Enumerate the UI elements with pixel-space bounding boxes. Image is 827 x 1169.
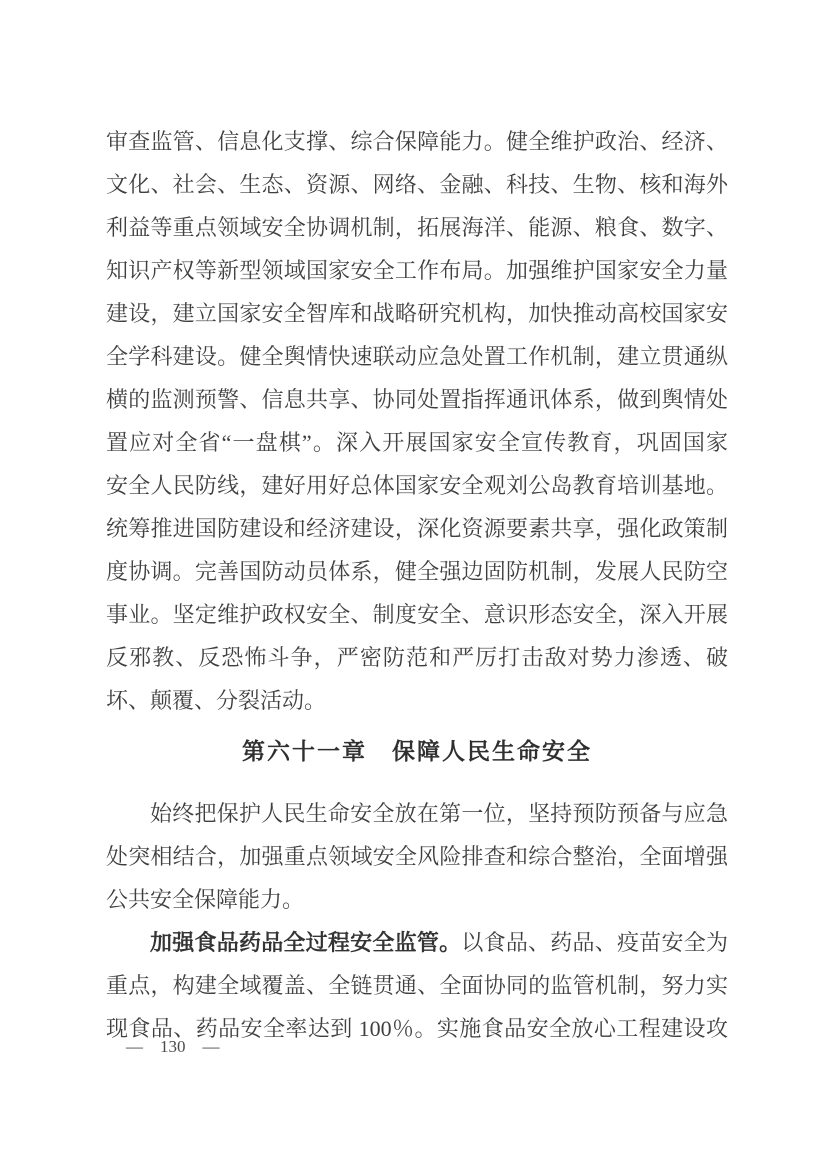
body-text-segment: 横的监测预警、信息共享、协同处置指挥通讯体系，做到舆情处 <box>106 387 728 412</box>
chapter-heading: 第六十一章 保障人民生命安全 <box>106 730 728 773</box>
body-text-segment: 处突相结合，加强重点领域安全风险排查和综合整治，全面增强 <box>106 844 728 869</box>
page-number: 130 <box>160 1037 186 1057</box>
body-text-segment: 公共安全保障能力。 <box>106 887 304 912</box>
body-text-segment: 反邪教、反恐怖斗争，严密防范和严厉打击敌对势力渗透、破 <box>106 645 728 670</box>
document-page: 审查监管、信息化支撑、综合保障能力。健全维护政治、经济、文化、社会、生态、资源、… <box>0 0 827 1169</box>
body-text-segment: 知识产权等新型领域国家安全工作布局。加强维护国家安全力量 <box>106 258 728 283</box>
body-line: 处突相结合，加强重点领域安全风险排查和综合整治，全面增强 <box>106 835 728 878</box>
body-line: 横的监测预警、信息共享、协同处置指挥通讯体系，做到舆情处 <box>106 378 728 421</box>
body-line: 加强食品药品全过程安全监管。以食品、药品、疫苗安全为 <box>106 921 728 964</box>
footer-dash-left: — <box>126 1037 143 1057</box>
body-line: 安全人民防线，建好用好总体国家安全观刘公岛教育培训基地。 <box>106 464 728 507</box>
body-text-segment: 文化、社会、生态、资源、网络、金融、科技、生物、核和海外 <box>106 172 728 197</box>
body-line: 坏、颠覆、分裂活动。 <box>106 679 728 722</box>
body-text-segment: 置应对全省“一盘棋”。深入开展国家安全宣传教育，巩固国家 <box>106 430 728 455</box>
body-line: 始终把保护人民生命安全放在第一位，坚持预防预备与应急 <box>106 792 728 835</box>
body-text-segment: 度协调。完善国防动员体系，健全强边固防机制，发展人民防空 <box>106 559 728 584</box>
body-line: 重点，构建全域覆盖、全链贯通、全面协同的监管机制，努力实 <box>106 964 728 1007</box>
body-text-segment: 利益等重点领域安全协调机制，拓展海洋、能源、粮食、数字、 <box>106 215 728 240</box>
body-text-segment: 安全人民防线，建好用好总体国家安全观刘公岛教育培训基地。 <box>106 473 728 498</box>
body-text-segment: 坏、颠覆、分裂活动。 <box>106 688 326 713</box>
body-text-segment: 全学科建设。健全舆情快速联动应急处置工作机制，建立贯通纵 <box>106 344 728 369</box>
body-line: 全学科建设。健全舆情快速联动应急处置工作机制，建立贯通纵 <box>106 335 728 378</box>
body-text: 审查监管、信息化支撑、综合保障能力。健全维护政治、经济、文化、社会、生态、资源、… <box>106 120 728 1050</box>
bold-lead-sentence: 加强食品药品全过程安全监管。 <box>150 930 461 955</box>
body-text-segment: 统筹推进国防建设和经济建设，深化资源要素共享，强化政策制 <box>106 516 728 541</box>
body-text-segment: 审查监管、信息化支撑、综合保障能力。健全维护政治、经济、 <box>106 129 728 154</box>
body-text-segment: 建设，建立国家安全智库和战略研究机构，加快推动高校国家安 <box>106 301 728 326</box>
body-line: 文化、社会、生态、资源、网络、金融、科技、生物、核和海外 <box>106 163 728 206</box>
body-text-segment: 始终把保护人民生命安全放在第一位，坚持预防预备与应急 <box>150 801 728 826</box>
body-text-segment: 重点，构建全域覆盖、全链贯通、全面协同的监管机制，努力实 <box>106 973 728 998</box>
body-line: 统筹推进国防建设和经济建设，深化资源要素共享，强化政策制 <box>106 507 728 550</box>
body-line: 建设，建立国家安全智库和战略研究机构，加快推动高校国家安 <box>106 292 728 335</box>
body-line: 审查监管、信息化支撑、综合保障能力。健全维护政治、经济、 <box>106 120 728 163</box>
body-line: 知识产权等新型领域国家安全工作布局。加强维护国家安全力量 <box>106 249 728 292</box>
body-line: 度协调。完善国防动员体系，健全强边固防机制，发展人民防空 <box>106 550 728 593</box>
body-line: 公共安全保障能力。 <box>106 878 728 921</box>
body-line: 反邪教、反恐怖斗争，严密防范和严厉打击敌对势力渗透、破 <box>106 636 728 679</box>
body-text-segment: 以食品、药品、疫苗安全为 <box>461 930 728 955</box>
footer-dash-right: — <box>203 1037 220 1057</box>
body-line: 事业。坚定维护政权安全、制度安全、意识形态安全，深入开展 <box>106 593 728 636</box>
body-text-segment: 事业。坚定维护政权安全、制度安全、意识形态安全，深入开展 <box>106 602 728 627</box>
body-line: 置应对全省“一盘棋”。深入开展国家安全宣传教育，巩固国家 <box>106 421 728 464</box>
body-line: 利益等重点领域安全协调机制，拓展海洋、能源、粮食、数字、 <box>106 206 728 249</box>
page-footer: — 130 — <box>126 1037 220 1057</box>
